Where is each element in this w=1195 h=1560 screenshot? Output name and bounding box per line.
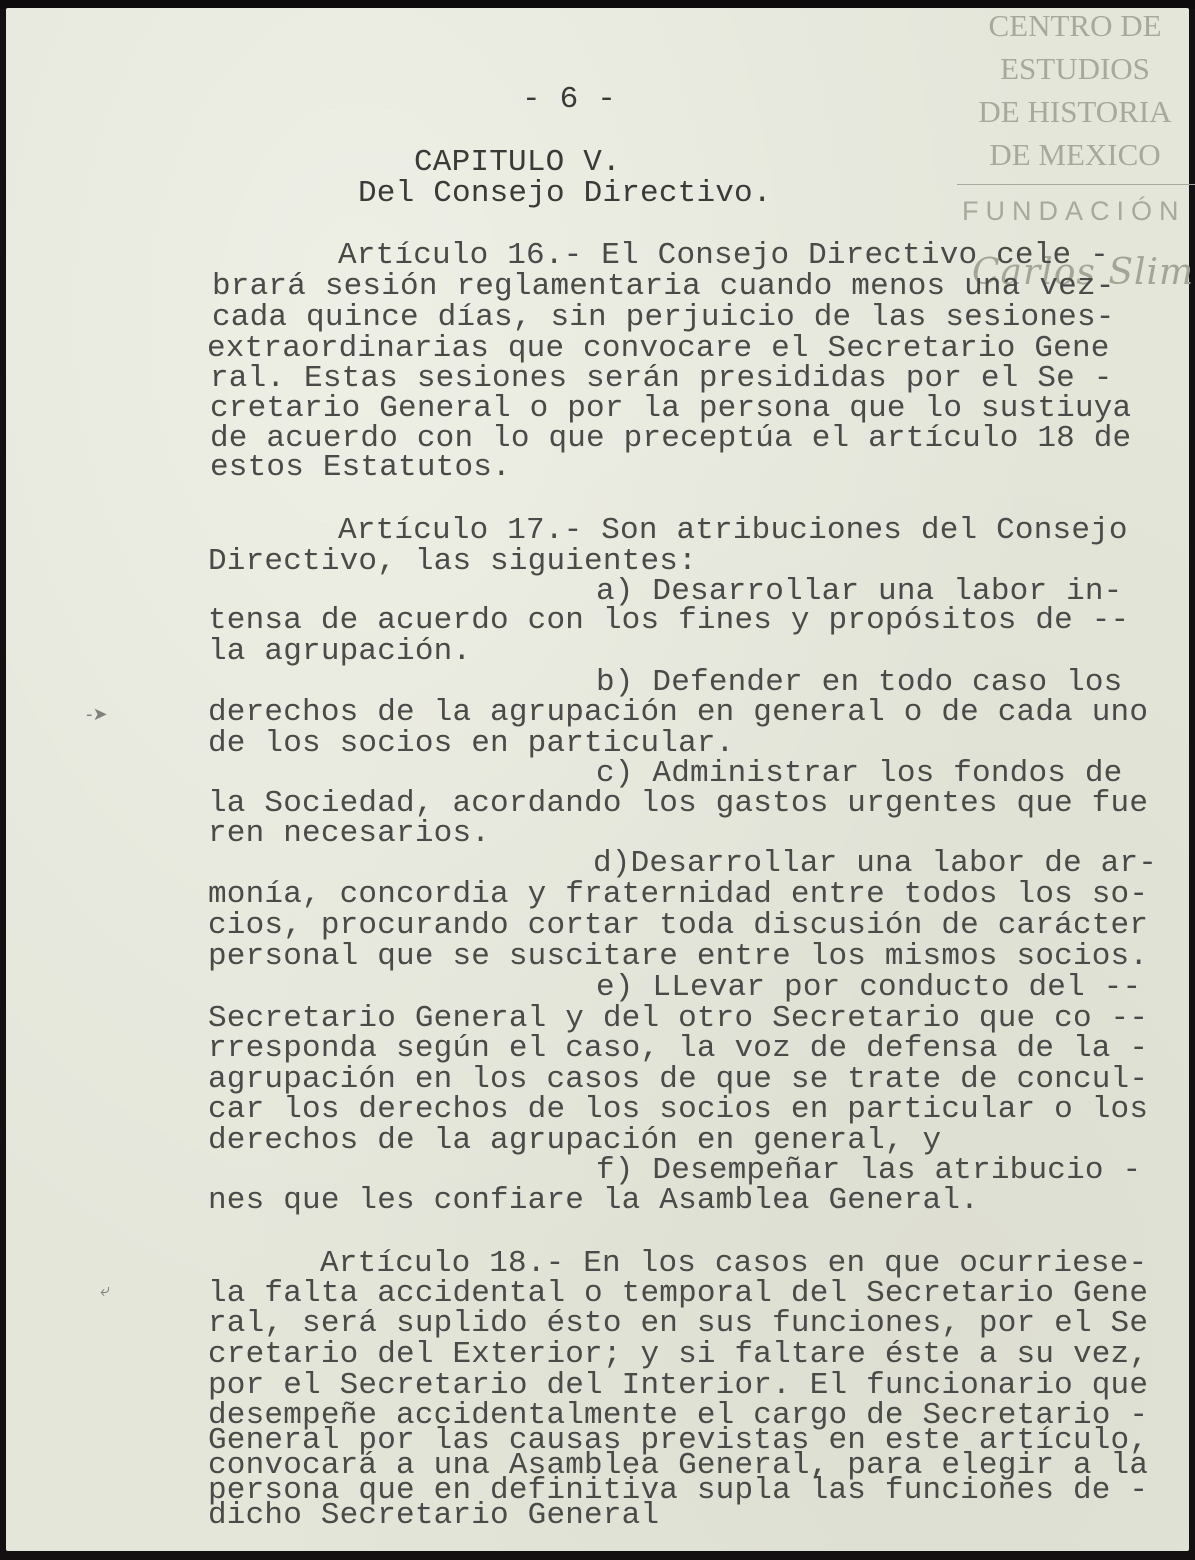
watermark-line: DE MEXICO: [955, 133, 1195, 177]
article-17-line: tensa de acuerdo con los fines y propósi…: [208, 605, 1129, 636]
margin-mark-icon: ⤶: [100, 1280, 110, 1301]
page-number: - 6 -: [522, 84, 616, 115]
article-17-line: Directivo, las siguientes:: [208, 546, 697, 577]
watermark-line: DE HISTORIA: [955, 90, 1195, 134]
article-17-line: monía, concordia y fraternidad entre tod…: [208, 879, 1148, 910]
watermark-line: CENTRO DE: [955, 4, 1195, 48]
article-17-line: agrupación en los casos de que se trate …: [208, 1064, 1148, 1095]
article-17-line: Secretario General y del otro Secretario…: [208, 1003, 1148, 1034]
article-18-line: la falta accidental o temporal del Secre…: [208, 1278, 1148, 1309]
article-17-line: Artículo 17.- Son atribuciones del Conse…: [338, 515, 1128, 546]
article-16-line: cretario General o por la persona que lo…: [210, 393, 1131, 424]
article-17-line: de los socios en particular.: [208, 728, 735, 759]
article-17-item-f: f) Desempeñar las atribucio -: [596, 1155, 1141, 1186]
article-17-item-c: c) Administrar los fondos de: [596, 758, 1123, 789]
article-17-line: derechos de la agrupación en general o d…: [208, 697, 1148, 728]
chapter-heading: CAPITULO V.: [414, 147, 621, 178]
article-18-line: por el Secretario del Interior. El funci…: [208, 1370, 1148, 1401]
article-17-line: personal que se suscitare entre los mism…: [208, 941, 1148, 972]
article-17-line: ren necesarios.: [208, 818, 490, 849]
article-18-line: cretario del Exterior; y si faltare éste…: [208, 1339, 1148, 1370]
article-17-line: la agrupación.: [208, 636, 471, 667]
article-16-line: ral. Estas sesiones serán presididas por…: [210, 363, 1113, 394]
article-17-item-d: d)Desarrollar una labor de ar-: [593, 848, 1157, 879]
article-17-item-e: e) LLevar por conducto del --: [596, 972, 1141, 1003]
article-18-line: Artículo 18.- En los casos en que ocurri…: [320, 1248, 1147, 1279]
article-16-line: brará sesión reglamentaria cuando menos …: [212, 271, 1115, 302]
chapter-title: Del Consejo Directivo.: [358, 178, 772, 209]
article-17-line: rresponda según el caso, la voz de defen…: [208, 1033, 1148, 1064]
article-18-line: ral, será suplido ésto en sus funciones,…: [208, 1308, 1148, 1339]
article-16-line: estos Estatutos.: [210, 452, 511, 483]
article-17-line: la Sociedad, acordando los gastos urgent…: [208, 788, 1148, 819]
article-17-line: cios, procurando cortar toda discusión d…: [208, 910, 1148, 941]
margin-mark-icon: -➤: [86, 704, 108, 725]
article-16-line: Artículo 16.- El Consejo Directivo cele …: [338, 240, 1109, 271]
article-17-item-b: b) Defender en todo caso los: [596, 667, 1123, 698]
watermark-line: ESTUDIOS: [955, 47, 1195, 91]
watermark-foundation: FUNDACIÓN: [962, 196, 1186, 227]
article-18-line: dicho Secretario General: [208, 1500, 659, 1531]
article-17-line: car los derechos de los socios en partic…: [208, 1094, 1148, 1125]
article-16-line: extraordinarias que convocare el Secreta…: [207, 333, 1110, 364]
article-17-line: derechos de la agrupación en general, y: [208, 1125, 941, 1156]
watermark-divider: [957, 184, 1195, 185]
article-16-line: cada quince días, sin perjuicio de las s…: [212, 302, 1115, 333]
article-17-line: nes que les confiare la Asamblea General…: [208, 1185, 979, 1216]
